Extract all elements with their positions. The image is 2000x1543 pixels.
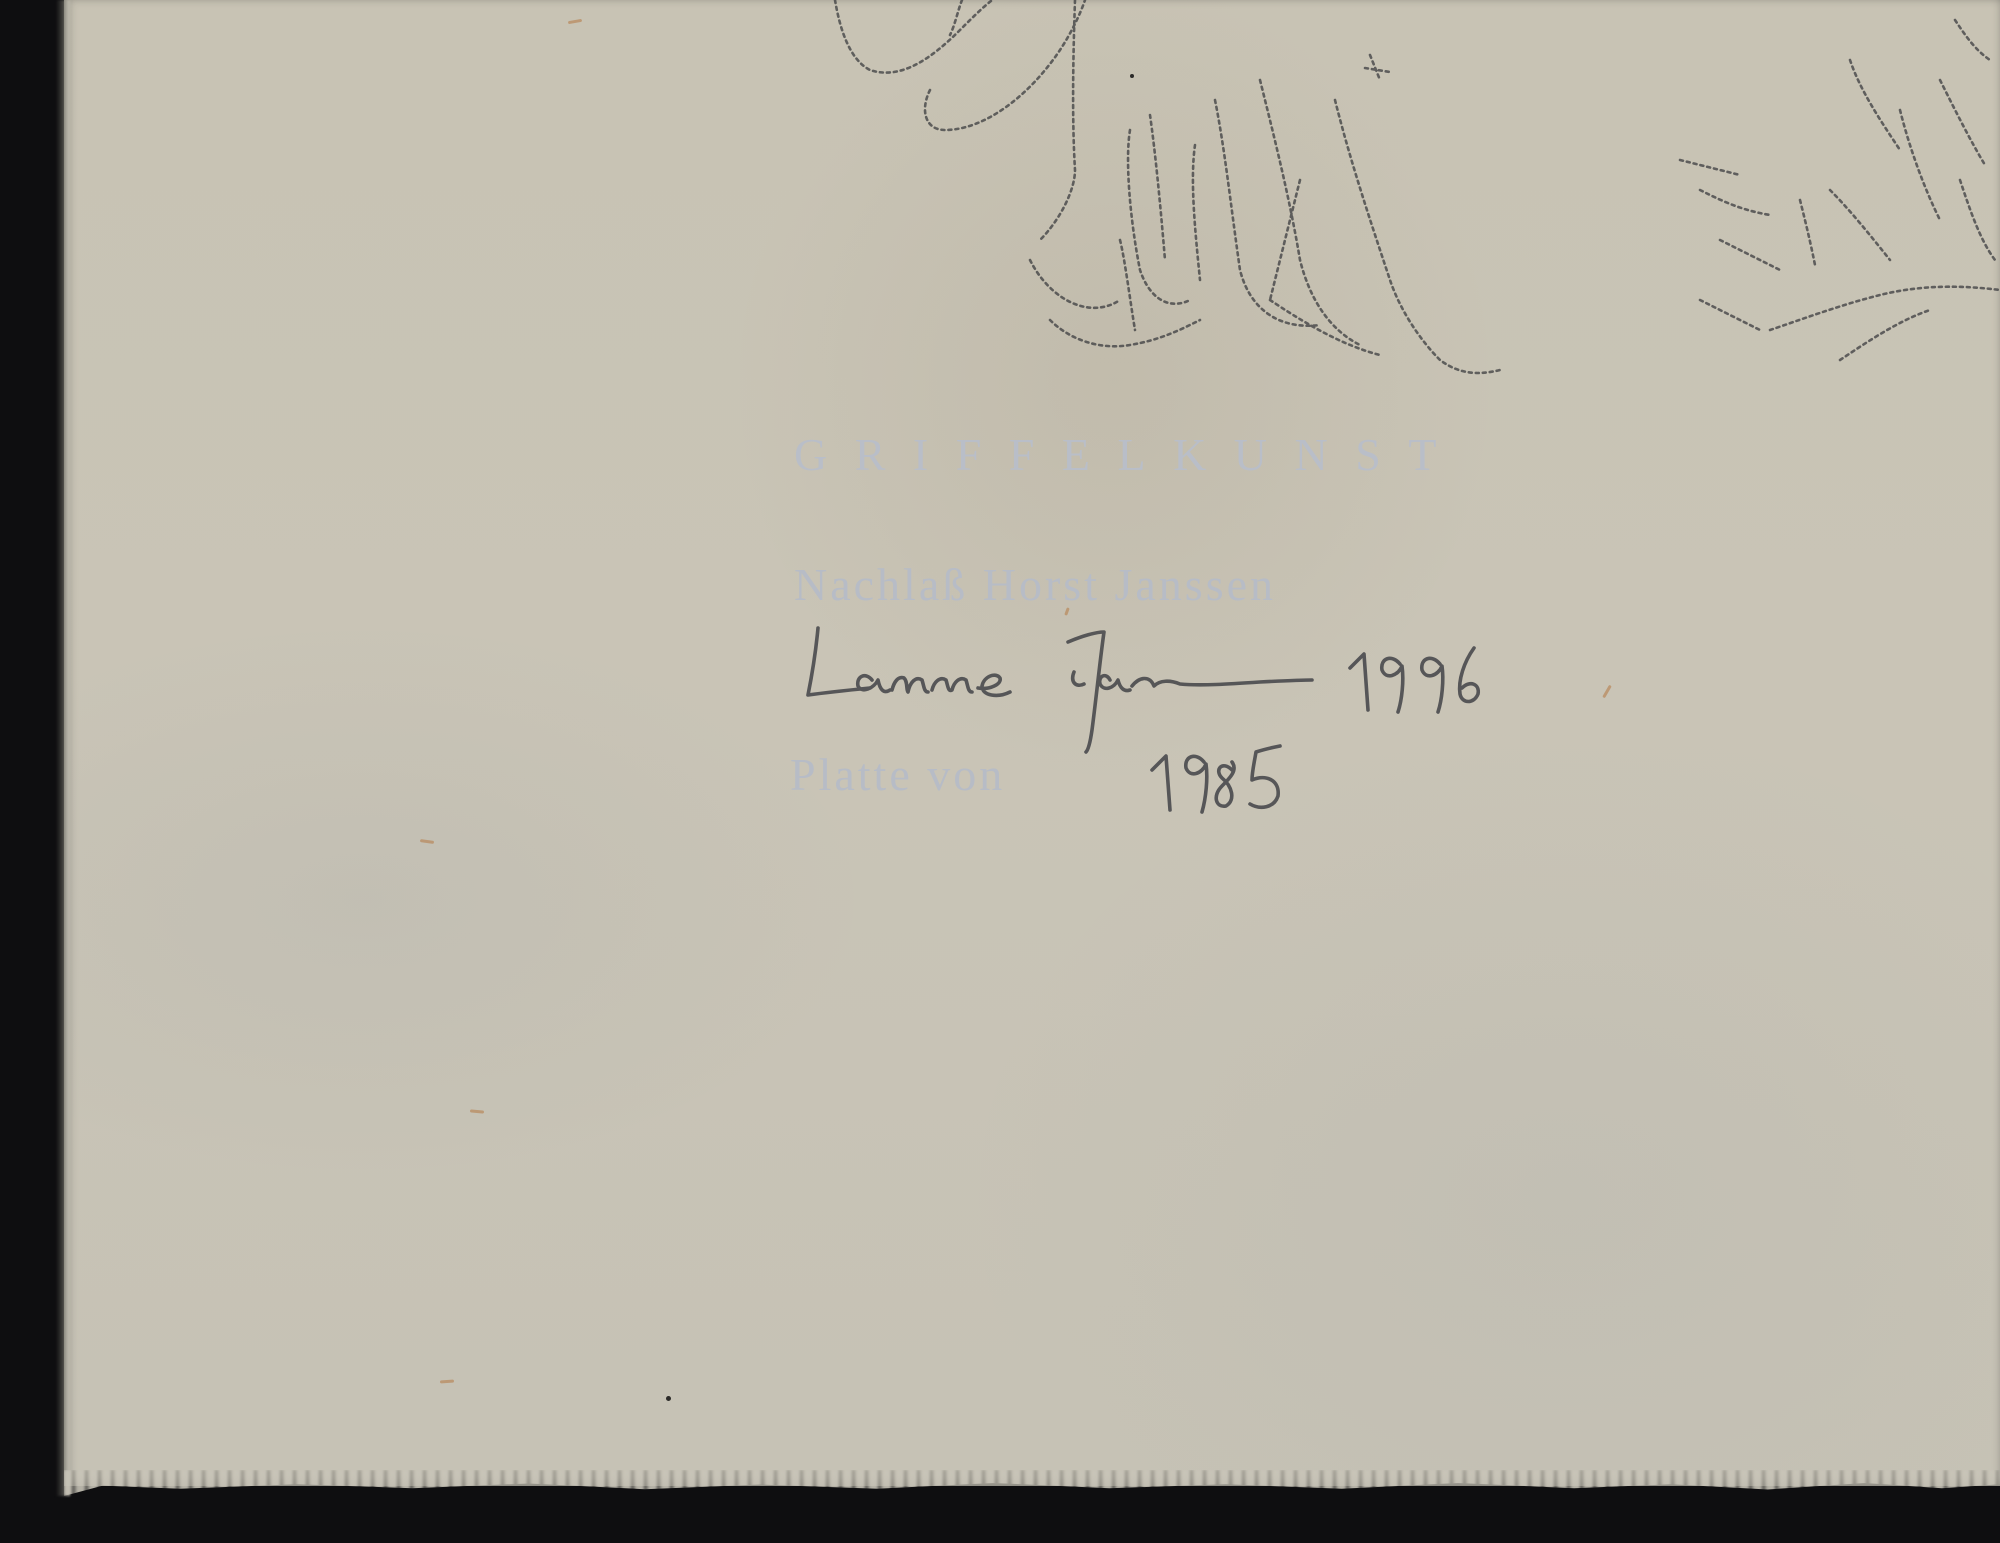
paper-speck <box>1130 74 1134 78</box>
publisher-title: GRIFFELKUNST <box>794 428 1464 481</box>
estate-line: Nachlaß Horst Janssen <box>794 558 1276 611</box>
plate-line: Platte von <box>790 748 1005 801</box>
paper-speck <box>666 1396 671 1401</box>
paper-deckle-edge-left <box>56 0 70 1496</box>
paper-sheet <box>64 0 2000 1486</box>
